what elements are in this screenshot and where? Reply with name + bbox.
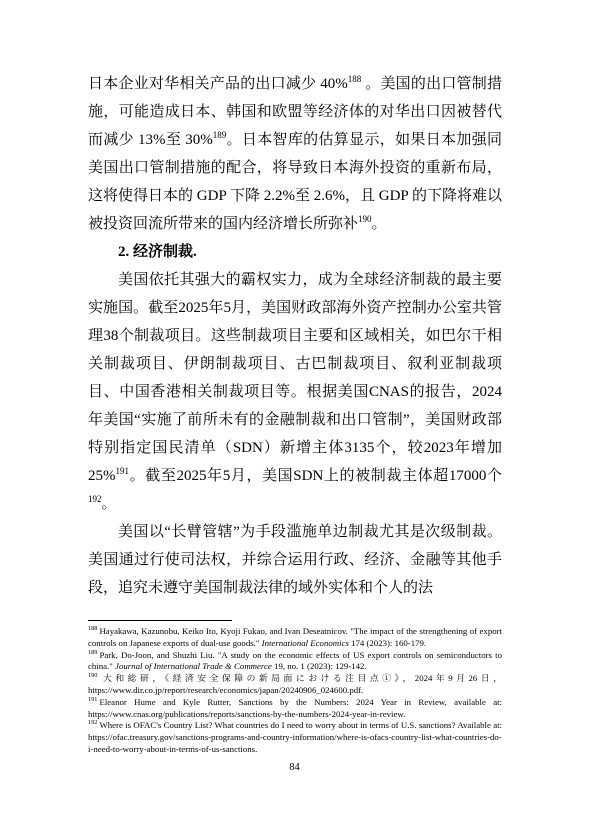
footnote-ref-189: 189 <box>213 130 227 140</box>
footnote-text: 大和総研，《経済安全保障の新局面における注目点①》，2024年9月26日，htt… <box>88 673 502 695</box>
footnote-192: 192Where is OFAC's Country List? What co… <box>88 720 502 755</box>
footnote-journal-title: International Economics <box>262 638 349 648</box>
footnote-text: 19, no. 1 (2023): 129-142. <box>272 661 367 671</box>
section-heading-economic-sanctions: 2. 经济制裁. <box>88 238 502 266</box>
page-body: 日本企业对华相关产品的出口减少 40%188 。美国的出口管制措施，可能造成日本… <box>88 70 502 602</box>
footnote-area: 188Hayakawa, Kazunobu, Keiko Ito, Kyoji … <box>88 620 502 756</box>
body-text: 。截至2025年5月，美国SDN上的被制裁主体超17000个 <box>129 468 502 484</box>
footnote-ref-188: 188 <box>348 74 362 84</box>
footnote-number-188: 188 <box>88 625 97 632</box>
paragraph-sanctions-overview: 美国依托其强大的霸权实力，成为全球经济制裁的最主要实施国。截至2025年5月，美… <box>88 266 502 518</box>
footnote-journal-title: Journal of International Trade & Commerc… <box>115 661 272 671</box>
footnote-number-191: 191 <box>88 696 97 703</box>
footnote-ref-191: 191 <box>116 466 130 476</box>
footnote-text: Eleanor Hume and Kyle Rutter, Sanctions … <box>88 697 502 719</box>
body-text: 。 <box>102 496 117 512</box>
footnote-number-189: 189 <box>88 649 97 656</box>
footnote-190: 190大和総研，《経済安全保障の新局面における注目点①》，2024年9月26日，… <box>88 673 502 697</box>
footnote-191: 191Eleanor Hume and Kyle Rutter, Sanctio… <box>88 697 502 721</box>
page-number: 84 <box>0 762 589 773</box>
body-text: 美国依托其强大的霸权实力，成为全球经济制裁的最主要实施国。截至2025年5月，美… <box>88 272 502 484</box>
footnote-189: 189Park, Do-Joon, and Shuzhi Liu. "A stu… <box>88 650 502 674</box>
footnote-number-192: 192 <box>88 719 97 726</box>
footnote-text: 174 (2023): 160-179. <box>349 638 426 648</box>
footnote-ref-190: 190 <box>358 214 372 224</box>
footnote-number-190: 190 <box>88 672 97 679</box>
footnote-188: 188Hayakawa, Kazunobu, Keiko Ito, Kyoji … <box>88 626 502 650</box>
paragraph-long-arm-jurisdiction: 美国以“长臂管辖”为手段滥施单边制裁尤其是次级制裁。美国通过行使司法权，并综合运… <box>88 518 502 602</box>
document-page: 日本企业对华相关产品的出口减少 40%188 。美国的出口管制措施，可能造成日本… <box>0 0 589 831</box>
footnote-ref-192: 192 <box>88 494 102 504</box>
body-text: 日本企业对华相关产品的出口减少 40% <box>88 76 348 92</box>
footnote-text: Where is OFAC's Country List? What count… <box>88 720 502 754</box>
paragraph-export-control-impact: 日本企业对华相关产品的出口减少 40%188 。美国的出口管制措施，可能造成日本… <box>88 70 502 238</box>
footnote-separator-line <box>88 620 232 621</box>
body-text: 。 <box>372 216 387 232</box>
